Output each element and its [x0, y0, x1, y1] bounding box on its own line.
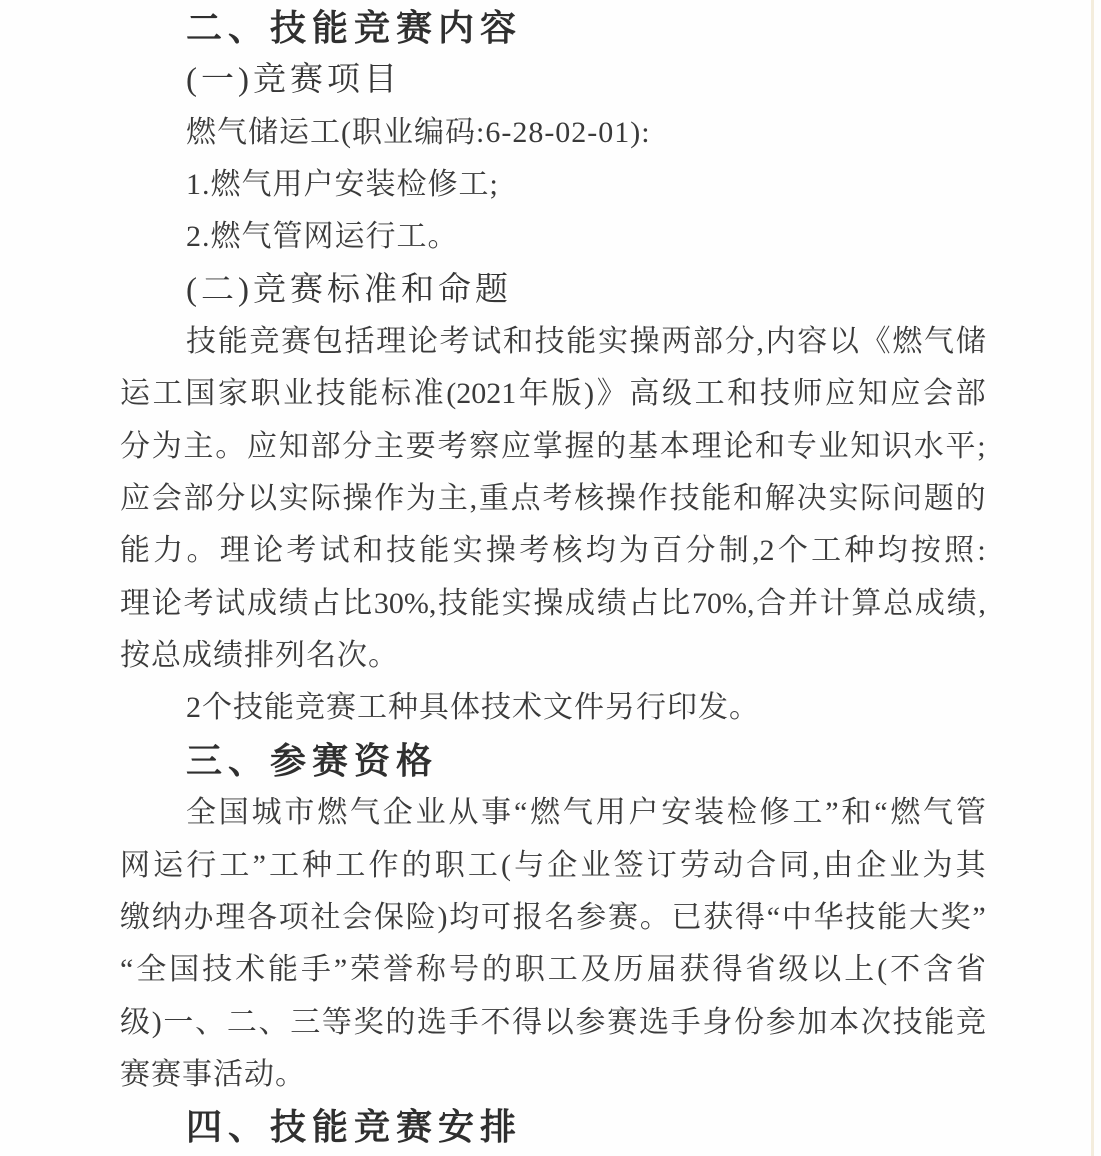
text-fragment: 年 [519, 368, 549, 420]
text-fragment: 总 [883, 578, 913, 630]
text-fragment: 荣 [350, 944, 380, 996]
text-fragment: 技 [202, 944, 232, 996]
text-fragment: 储 [956, 316, 986, 368]
text-fragment: 职 [435, 840, 465, 892]
text-fragment: 获 [680, 944, 710, 996]
text-fragment: 、 [195, 997, 225, 1049]
text-fragment: 工 [695, 368, 725, 420]
text-fragment: 考 [183, 578, 213, 630]
text-fragment: 比 [660, 578, 690, 630]
text-fragment: 得 [712, 944, 742, 996]
text-fragment: 其 [956, 840, 986, 892]
text-fragment: 手 [449, 997, 479, 1049]
text-fragment: 知 [279, 421, 309, 473]
text-fragment: 理 [215, 892, 245, 944]
text-fragment: 选 [417, 997, 447, 1049]
text-fragment: 技 [535, 316, 565, 368]
text-fragment: 会 [152, 473, 182, 525]
text-fragment: 和 [353, 525, 383, 577]
text-fragment: 理 [376, 316, 406, 368]
text-fragment: 理 [220, 525, 250, 577]
text-fragment: 试 [215, 578, 245, 630]
text-fragment: 基 [628, 421, 658, 473]
text-fragment: ( [501, 840, 511, 892]
text-line: 按总成绩排列名次。 [120, 630, 986, 682]
text-fragment: 。 [640, 892, 670, 944]
text-fragment: 称 [416, 944, 446, 996]
text-fragment: 、 [259, 997, 289, 1049]
text-fragment: 工 [335, 840, 365, 892]
text-fragment: 不 [890, 944, 920, 996]
text-fragment: 以 [811, 944, 841, 996]
text-fragment: 应 [247, 421, 277, 473]
text-fragment: 得 [735, 892, 765, 944]
text-fragment: 合 [746, 840, 776, 892]
text-fragment: 主 [374, 421, 404, 473]
text-fragment: 分 [686, 525, 716, 577]
text-fragment: 户 [628, 787, 658, 839]
text-fragment: 燃 [530, 787, 560, 839]
text-fragment: 能 [218, 316, 248, 368]
text-fragment: 气 [923, 787, 953, 839]
text-fragment: 70%, [692, 578, 755, 630]
text-fragment: 制 [719, 525, 749, 577]
text-fragment: ) [438, 892, 448, 944]
text-fragment: 订 [647, 840, 677, 892]
text-fragment: 一 [163, 997, 193, 1049]
text-fragment: 握 [565, 421, 595, 473]
text-fragment: 工 [548, 944, 578, 996]
text-fragment: 决 [797, 473, 827, 525]
text-fragment: 计 [820, 578, 850, 630]
text-fragment: , [756, 316, 764, 368]
text-line: 理论考试成绩占比30%,技能实操成绩占比70%,合并计算总成绩, [120, 578, 986, 630]
text-fragment: 加 [797, 997, 827, 1049]
text-fragment: 均 [878, 525, 908, 577]
text-fragment: 业 [283, 368, 313, 420]
text-fragment: ) [584, 368, 594, 420]
text-fragment: 际 [860, 473, 890, 525]
text-fragment: 业 [580, 840, 610, 892]
text-fragment: ) [152, 997, 162, 1049]
text-fragment: 理 [692, 421, 722, 473]
text-fragment: 劳 [680, 840, 710, 892]
text-fragment: 操 [606, 473, 636, 525]
text-fragment: 实 [502, 578, 532, 630]
text-line: 能力。理论考试和技能实操考核均为百分制,2个工种均按照: [120, 525, 986, 577]
text-fragment: 论 [723, 421, 753, 473]
text-fragment: 部 [956, 368, 986, 420]
text-fragment: 的 [482, 944, 512, 996]
text-fragment: 得 [512, 997, 542, 1049]
text-fragment: 要 [406, 421, 436, 473]
text-fragment: 操 [630, 316, 660, 368]
text-line: 网运行工”工种工作的职工(与企业签订劳动合同,由企业为其 [120, 840, 986, 892]
text-fragment: 行 [186, 840, 216, 892]
text-fragment: 届 [647, 944, 677, 996]
text-fragment: 等 [322, 997, 352, 1049]
text-line: 1.燃气用户安装检修工; [120, 159, 986, 211]
text-fragment: 奖 [941, 892, 971, 944]
sub-heading: (一)竞赛项目 [120, 54, 986, 106]
text-fragment: 参 [576, 892, 606, 944]
text-fragment: 参 [576, 997, 606, 1049]
text-fragment: 为 [406, 473, 436, 525]
text-fragment: 企 [383, 787, 413, 839]
text-fragment: ” [253, 840, 266, 892]
text-fragment: 业 [416, 787, 446, 839]
text-fragment: 百 [652, 525, 682, 577]
text-fragment: 技 [386, 525, 416, 577]
text-fragment: 级 [778, 944, 808, 996]
text-fragment: 比 [342, 578, 372, 630]
text-fragment: 分 [342, 421, 372, 473]
text-fragment: 级 [662, 368, 692, 420]
text-fragment: 技 [186, 316, 216, 368]
text-fragment: 及 [581, 944, 611, 996]
text-fragment: 三 [290, 997, 320, 1049]
text-fragment: 作 [368, 840, 398, 892]
text-fragment: 技 [760, 368, 790, 420]
text-fragment: 成 [565, 578, 595, 630]
text-fragment: 掌 [533, 421, 563, 473]
text-fragment: 分 [725, 316, 755, 368]
text-line: 级)一、二、三等奖的选手不得以参赛选手身份参加本次技能竞 [120, 997, 986, 1049]
text-fragment: 分 [120, 421, 150, 473]
text-fragment: 作 [638, 473, 668, 525]
text-fragment: 。 [215, 421, 245, 473]
text-fragment: 次 [861, 997, 891, 1049]
text-fragment: 纳 [152, 892, 182, 944]
text-fragment: 绩 [947, 578, 977, 630]
text-fragment: 报 [513, 892, 543, 944]
text-fragment: 考 [438, 421, 468, 473]
text-fragment: , [812, 840, 820, 892]
text-fragment: 试 [471, 316, 501, 368]
text-fragment: 修 [760, 787, 790, 839]
text-fragment: 种 [302, 840, 332, 892]
text-fragment: , [978, 578, 986, 630]
text-fragment: “ [767, 892, 780, 944]
text-fragment: 应 [890, 368, 920, 420]
text-fragment: 能 [566, 316, 596, 368]
text-fragment: 照 [944, 525, 974, 577]
text-fragment: “ [514, 787, 527, 839]
text-fragment: 已 [672, 892, 702, 944]
text-fragment: 奖 [354, 997, 384, 1049]
text-fragment: 理 [120, 578, 150, 630]
text-fragment: 考 [440, 316, 470, 368]
text-fragment: ” [972, 892, 985, 944]
text-fragment: 版 [552, 368, 582, 420]
text-fragment: ,2 [752, 525, 775, 577]
text-fragment: 论 [408, 316, 438, 368]
text-fragment: 能 [924, 997, 954, 1049]
text-fragment: 《 [861, 316, 891, 368]
text-fragment: 主 [438, 473, 468, 525]
text-fragment: 主 [184, 421, 214, 473]
text-fragment: 职 [515, 944, 545, 996]
text-fragment: 参 [766, 997, 796, 1049]
text-line: 2个技能竞赛工种具体技术文件另行印发。 [120, 682, 986, 734]
text-fragment: 核 [552, 525, 582, 577]
text-fragment: 占 [310, 578, 340, 630]
text-fragment: 职 [251, 368, 281, 420]
text-fragment: 气 [924, 316, 954, 368]
text-fragment: 省 [745, 944, 775, 996]
text-fragment: 技 [438, 578, 468, 630]
text-fragment: 运 [120, 368, 150, 420]
text-fragment: 国 [185, 368, 215, 420]
text-fragment: 和 [755, 421, 785, 473]
text-fragment: 气 [563, 787, 593, 839]
text-fragment: 知 [858, 368, 888, 420]
text-fragment: 以 [247, 473, 277, 525]
text-fragment: 均 [586, 525, 616, 577]
text-fragment: 内 [766, 316, 796, 368]
text-fragment: 能 [348, 368, 378, 420]
text-fragment: 管 [956, 787, 986, 839]
text-fragment: 险 [406, 892, 436, 944]
text-fragment: 高 [629, 368, 659, 420]
text-fragment: 应 [825, 368, 855, 420]
text-fragment: 燃 [890, 787, 920, 839]
text-fragment: 水 [914, 421, 944, 473]
scan-page-edge [1091, 0, 1094, 1156]
text-fragment: 各 [247, 892, 277, 944]
text-fragment: 身 [702, 997, 732, 1049]
text-fragment: 个 [778, 525, 808, 577]
text-fragment: 华 [814, 892, 844, 944]
section-heading: 二、技能竞赛内容 [120, 2, 986, 54]
text-line: 应会部分以实际操作为主,重点考核操作技能和解决实际问题的 [120, 473, 986, 525]
text-fragment: 以 [544, 997, 574, 1049]
text-fragment: 成 [247, 578, 277, 630]
text-fragment: 全 [136, 944, 166, 996]
text-fragment: 级 [120, 997, 150, 1049]
text-fragment: ” [825, 787, 838, 839]
text-fragment: 市 [284, 787, 314, 839]
text-fragment: 能 [268, 944, 298, 996]
text-fragment: 标 [381, 368, 411, 420]
text-fragment: 技 [670, 473, 700, 525]
text-fragment: 和 [503, 316, 533, 368]
text-fragment: 实 [828, 473, 858, 525]
text-fragment: 同 [779, 840, 809, 892]
text-fragment: 包 [313, 316, 343, 368]
text-fragment: 国 [219, 787, 249, 839]
text-fragment: 重 [479, 473, 509, 525]
text-fragment: 试 [320, 525, 350, 577]
text-fragment: 准 [414, 368, 444, 420]
text-fragment: 考 [286, 525, 316, 577]
text-fragment: 能 [877, 892, 907, 944]
text-fragment: 由 [823, 840, 853, 892]
text-fragment: 核 [574, 473, 604, 525]
text-fragment: 燃 [892, 316, 922, 368]
text-fragment: : [977, 525, 985, 577]
text-fragment: 含 [923, 944, 953, 996]
text-fragment: 名 [545, 892, 575, 944]
text-fragment: ; [977, 421, 985, 473]
text-fragment: 论 [152, 578, 182, 630]
text-fragment: 技 [316, 368, 346, 420]
text-fragment: 均 [449, 892, 479, 944]
text-fragment: 历 [614, 944, 644, 996]
text-fragment: ( [877, 944, 887, 996]
text-fragment: 份 [734, 997, 764, 1049]
text-fragment: 能 [120, 525, 150, 577]
text-line: 技能竞赛包括理论考试和技能实操两部分,内容以《燃气储 [120, 316, 986, 368]
text-line: 燃气储运工(职业编码:6-28-02-01): [120, 107, 986, 159]
text-fragment: 燃 [317, 787, 347, 839]
text-fragment: 家 [218, 368, 248, 420]
text-fragment: 的 [956, 473, 986, 525]
text-fragment: 网 [120, 840, 150, 892]
text-fragment: 并 [788, 578, 818, 630]
text-fragment: 点 [511, 473, 541, 525]
text-fragment: 分 [215, 473, 245, 525]
text-fragment: 技 [893, 997, 923, 1049]
text-fragment: 竞 [249, 316, 279, 368]
text-fragment: 操 [342, 473, 372, 525]
text-fragment: 竞 [956, 997, 986, 1049]
text-fragment: (2021 [446, 368, 516, 420]
text-fragment: “ [874, 787, 887, 839]
text-fragment: 安 [661, 787, 691, 839]
text-fragment: 工 [219, 840, 249, 892]
text-fragment: 算 [851, 578, 881, 630]
text-fragment: 操 [533, 578, 563, 630]
text-fragment: 部 [693, 316, 723, 368]
text-fragment: 获 [703, 892, 733, 944]
text-fragment: 保 [374, 892, 404, 944]
text-line: 2.燃气管网运行工。 [120, 211, 986, 263]
text-fragment: 赛 [281, 316, 311, 368]
text-fragment: ” [334, 944, 347, 996]
text-fragment: 会 [342, 892, 372, 944]
text-fragment: 缴 [120, 892, 150, 944]
text-fragment: 从 [448, 787, 478, 839]
text-fragment: 作 [374, 473, 404, 525]
text-fragment: 二 [227, 997, 257, 1049]
text-fragment: , [470, 473, 478, 525]
text-line: 分为主。应知部分主要考察应掌握的基本理论和专业知识水平; [120, 421, 986, 473]
section-heading: 三、参赛资格 [120, 735, 986, 787]
text-fragment: 手 [301, 944, 331, 996]
text-fragment: 30%, [374, 578, 437, 630]
text-fragment: 能 [470, 578, 500, 630]
text-fragment: 题 [924, 473, 954, 525]
text-fragment: 中 [782, 892, 812, 944]
text-fragment: 师 [793, 368, 823, 420]
text-fragment: 大 [909, 892, 939, 944]
text-fragment: 技 [845, 892, 875, 944]
text-fragment: 赛 [608, 892, 638, 944]
text-fragment: 业 [889, 840, 919, 892]
text-fragment: 可 [481, 892, 511, 944]
text-line: “全国技术能手”荣誉称号的职工及历届获得省级以上(不含省 [120, 944, 986, 996]
text-fragment: 运 [153, 840, 183, 892]
text-fragment: 问 [892, 473, 922, 525]
text-fragment: 力 [153, 525, 183, 577]
text-fragment: 国 [169, 944, 199, 996]
text-fragment: 察 [469, 421, 499, 473]
text-fragment: 绩 [597, 578, 627, 630]
text-fragment: 和 [733, 473, 763, 525]
text-fragment: 赛 [607, 997, 637, 1049]
section-heading: 四、技能竞赛安排 [120, 1101, 986, 1153]
text-fragment: 检 [727, 787, 757, 839]
text-fragment: 以 [829, 316, 859, 368]
text-fragment: 为 [619, 525, 649, 577]
text-fragment: 和 [727, 368, 757, 420]
text-fragment: 选 [639, 997, 669, 1049]
text-fragment: 上 [844, 944, 874, 996]
text-fragment: 应 [120, 473, 150, 525]
text-fragment: 部 [184, 473, 214, 525]
text-fragment: 考 [519, 525, 549, 577]
text-fragment: 工 [811, 525, 841, 577]
text-fragment: 与 [514, 840, 544, 892]
text-fragment: 术 [235, 944, 265, 996]
text-fragment: 工 [468, 840, 498, 892]
text-fragment: 。 [187, 525, 217, 577]
text-fragment: 用 [596, 787, 626, 839]
text-fragment: 企 [547, 840, 577, 892]
text-fragment: 工 [269, 840, 299, 892]
text-fragment: 装 [694, 787, 724, 839]
text-line: 赛赛事活动。 [120, 1049, 986, 1101]
text-fragment: 占 [629, 578, 659, 630]
text-fragment: 全 [186, 787, 216, 839]
text-fragment: 能 [701, 473, 731, 525]
document-page: 二、技能竞赛内容(一)竞赛项目燃气储运工(职业编码:6-28-02-01):1.… [0, 0, 1101, 1156]
text-fragment: 本 [660, 421, 690, 473]
text-fragment: 操 [486, 525, 516, 577]
text-fragment: 社 [311, 892, 341, 944]
text-fragment: “ [120, 944, 133, 996]
text-fragment: 知 [850, 421, 880, 473]
text-fragment: 会 [923, 368, 953, 420]
text-fragment: 号 [449, 944, 479, 996]
text-fragment: 实 [279, 473, 309, 525]
text-fragment: 容 [797, 316, 827, 368]
text-fragment: 手 [671, 997, 701, 1049]
text-fragment: 实 [453, 525, 483, 577]
text-fragment: 办 [184, 892, 214, 944]
document-text-block: 二、技能竞赛内容(一)竞赛项目燃气储运工(职业编码:6-28-02-01):1.… [120, 2, 986, 1154]
text-fragment: 的 [385, 997, 415, 1049]
text-fragment: 合 [756, 578, 786, 630]
text-fragment: 解 [765, 473, 795, 525]
text-fragment: 业 [819, 421, 849, 473]
text-line: 缴纳办理各项社会保险)均可报名参赛。已获得“中华技能大奖” [120, 892, 986, 944]
text-fragment: 签 [614, 840, 644, 892]
text-fragment: 种 [844, 525, 874, 577]
text-fragment: 和 [841, 787, 871, 839]
text-fragment: 平 [946, 421, 976, 473]
text-fragment: 》 [597, 368, 627, 420]
text-fragment: 的 [402, 840, 432, 892]
text-fragment: 识 [882, 421, 912, 473]
text-fragment: 本 [829, 997, 859, 1049]
text-fragment: 事 [481, 787, 511, 839]
text-fragment: 城 [252, 787, 282, 839]
text-fragment: 应 [501, 421, 531, 473]
text-fragment: 项 [279, 892, 309, 944]
text-fragment: 括 [344, 316, 374, 368]
